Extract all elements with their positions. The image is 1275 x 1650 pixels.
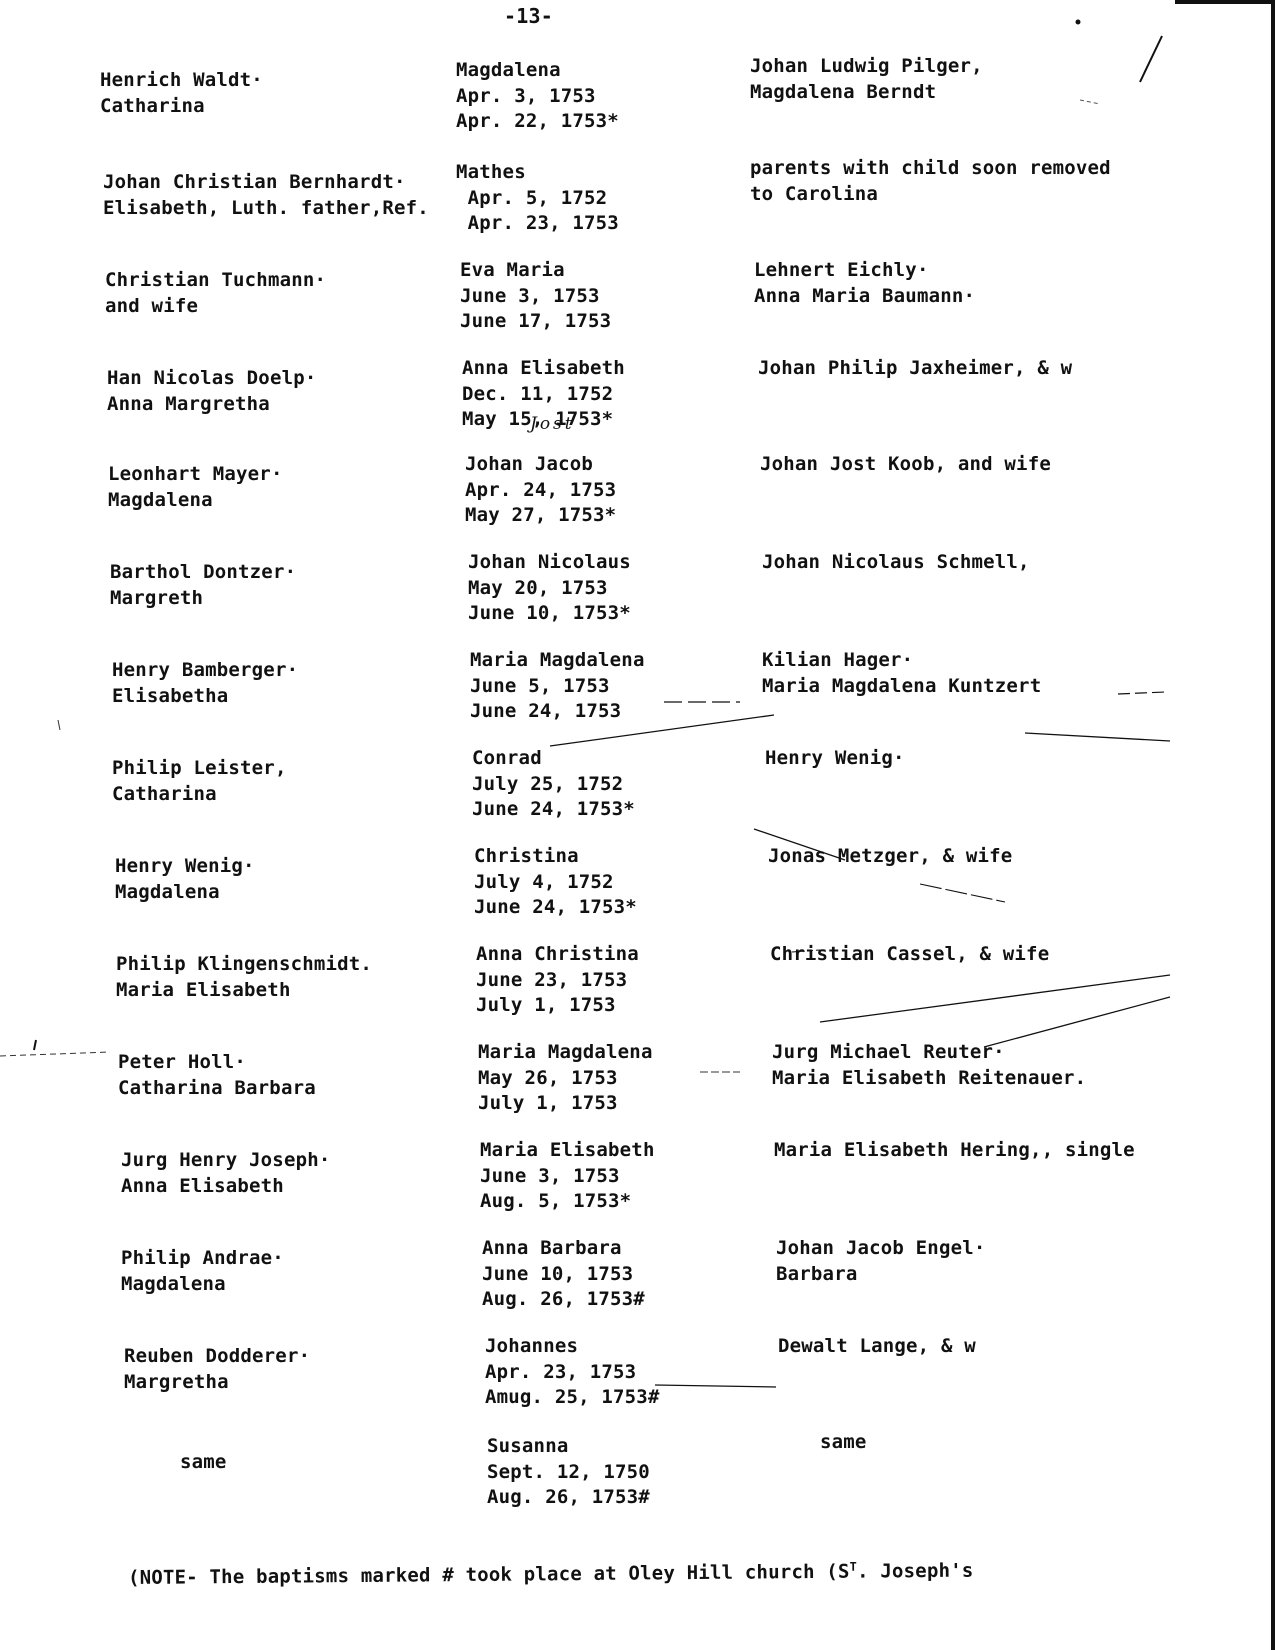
document-page: -13- Henrich Waldt·CatharinaMagdalenaApr… [0, 0, 1275, 1650]
child-and-dates-line: Apr. 5, 1752 [456, 186, 619, 212]
parents-names-line: Christian Tuchmann· [105, 268, 326, 294]
parents-names-line: Magdalena [115, 880, 255, 906]
child-and-dates-line: Apr. 3, 1753 [456, 84, 619, 110]
child-and-dates-line: May 26, 1753 [478, 1066, 653, 1092]
child-and-dates-line: June 24, 1753* [472, 797, 635, 823]
page-border-right [1271, 0, 1275, 1650]
child-and-dates-line: Apr. 23, 1753 [456, 211, 619, 237]
parents-names: Leonhart Mayer·Magdalena [108, 462, 283, 513]
parents-names-line: Reuben Dodderer· [124, 1344, 310, 1370]
child-and-dates: Eva MariaJune 3, 1753June 17, 1753 [460, 258, 611, 335]
footnote-text: (NOTE- The baptisms marked # took place … [128, 1561, 850, 1589]
sponsors-names: Lehnert Eichly·Anna Maria Baumann· [754, 258, 975, 309]
sponsors-names: Johan Jost Koob, and wife [760, 452, 1051, 478]
footnote-text-end: . Joseph's [857, 1560, 974, 1583]
footnote: (NOTE- The baptisms marked # took place … [128, 1553, 974, 1591]
parents-names-line: Catharina [100, 94, 263, 120]
child-and-dates-line: May 27, 1753* [465, 503, 616, 529]
sponsors-names-line: Jurg Michael Reuter· [772, 1040, 1086, 1066]
child-and-dates: Maria ElisabethJune 3, 1753Aug. 5, 1753* [480, 1138, 655, 1215]
parents-names-line: same [180, 1450, 227, 1476]
parents-names: Peter Holl·Catharina Barbara [118, 1050, 316, 1101]
parents-names-line: Barthol Dontzer· [110, 560, 296, 586]
sponsors-names: same [820, 1430, 867, 1456]
child-and-dates-line: Anna Christina [476, 942, 639, 968]
child-and-dates: ChristinaJuly 4, 1752June 24, 1753* [474, 844, 637, 921]
page-border-top [1175, 0, 1275, 4]
sponsors-names: Dewalt Lange, & w [778, 1334, 976, 1360]
parents-names-line: Catharina Barbara [118, 1076, 316, 1102]
child-and-dates-line: June 24, 1753 [470, 699, 645, 725]
child-and-dates-line: Johan Jacob [465, 452, 616, 478]
child-and-dates-line: Aug. 26, 1753# [487, 1485, 650, 1511]
sponsors-names-line: Jonas Metzger, & wife [768, 844, 1012, 870]
parents-names-line: Philip Andrae· [121, 1246, 284, 1272]
sponsors-names-line: Kilian Hager· [762, 648, 1041, 674]
parents-names: same [180, 1450, 227, 1476]
child-and-dates-line: Aug. 5, 1753* [480, 1189, 655, 1215]
parents-names: Philip Leister,Catharina [112, 756, 287, 807]
parents-names-line: Peter Holl· [118, 1050, 316, 1076]
parents-names: Philip Andrae·Magdalena [121, 1246, 284, 1297]
child-and-dates-line: June 17, 1753 [460, 309, 611, 335]
child-and-dates-line: June 3, 1753 [460, 284, 611, 310]
child-and-dates: Mathes Apr. 5, 1752 Apr. 23, 1753 [456, 160, 619, 237]
child-and-dates-line: Johannes [485, 1334, 660, 1360]
child-and-dates-line: Aug. 26, 1753# [482, 1287, 645, 1313]
child-and-dates-line: Maria Elisabeth [480, 1138, 655, 1164]
child-and-dates: Anna ChristinaJune 23, 1753July 1, 1753 [476, 942, 639, 1019]
sponsors-names-line: Johan Jost Koob, and wife [760, 452, 1051, 478]
child-and-dates-line: Johan Nicolaus [468, 550, 631, 576]
child-and-dates-line: June 10, 1753 [482, 1262, 645, 1288]
sponsors-names: Henry Wenig· [765, 746, 905, 772]
child-and-dates-line: Apr. 24, 1753 [465, 478, 616, 504]
child-and-dates-line: Magdalena [456, 58, 619, 84]
child-and-dates: Maria MagdalenaMay 26, 1753July 1, 1753 [478, 1040, 653, 1117]
parents-names-line: Henry Bamberger· [112, 658, 298, 684]
sponsors-names: Jonas Metzger, & wife [768, 844, 1012, 870]
sponsors-names-line: Johan Ludwig Pilger, [750, 54, 983, 80]
parents-names: Henry Wenig·Magdalena [115, 854, 255, 905]
child-and-dates: MagdalenaApr. 3, 1753Apr. 22, 1753* [456, 58, 619, 135]
sponsors-names-line: Dewalt Lange, & w [778, 1334, 976, 1360]
child-and-dates-line: Apr. 22, 1753* [456, 109, 619, 135]
parents-names-line: Elisabetha [112, 684, 298, 710]
parents-names-line: Johan Christian Bernhardt· [103, 170, 429, 196]
sponsors-names-line: Maria Elisabeth Hering,, single [774, 1138, 1135, 1164]
parents-names: Han Nicolas Doelp·Anna Margretha [107, 366, 317, 417]
parents-names-line: Jurg Henry Joseph· [121, 1148, 331, 1174]
parents-names: Reuben Dodderer·Margretha [124, 1344, 310, 1395]
sponsors-names-line: Anna Maria Baumann· [754, 284, 975, 310]
parents-names-line: Elisabeth, Luth. father,Ref. [103, 196, 429, 222]
parents-names: Jurg Henry Joseph·Anna Elisabeth [121, 1148, 331, 1199]
sponsors-names-line: Johan Nicolaus Schmell, [762, 550, 1030, 576]
child-and-dates-line: Mathes [456, 160, 619, 186]
parents-names-line: Anna Elisabeth [121, 1174, 331, 1200]
child-and-dates-line: Susanna [487, 1434, 650, 1460]
parents-names-line: and wife [105, 294, 326, 320]
page-number: -13- [504, 4, 553, 28]
child-and-dates: ConradJuly 25, 1752June 24, 1753* [472, 746, 635, 823]
child-and-dates-line: July 1, 1753 [478, 1091, 653, 1117]
sponsors-names: Johan Philip Jaxheimer, & w [758, 356, 1072, 382]
sponsors-names-line: Lehnert Eichly· [754, 258, 975, 284]
sponsors-names-line: Magdalena Berndt [750, 80, 983, 106]
child-and-dates-line: June 10, 1753* [468, 601, 631, 627]
parents-names-line: Philip Klingenschmidt. [116, 952, 372, 978]
parents-names-line: Margretha [124, 1370, 310, 1396]
sponsors-names-line: Johan Jacob Engel· [776, 1236, 986, 1262]
parents-names-line: Henrich Waldt· [100, 68, 263, 94]
child-and-dates-line: Maria Magdalena [478, 1040, 653, 1066]
child-and-dates-line: Eva Maria [460, 258, 611, 284]
child-and-dates-line: Anna Barbara [482, 1236, 645, 1262]
parents-names-line: Philip Leister, [112, 756, 287, 782]
sponsors-names-line: Barbara [776, 1262, 986, 1288]
child-and-dates-line: July 1, 1753 [476, 993, 639, 1019]
child-and-dates-line: Maria Magdalena [470, 648, 645, 674]
child-and-dates-line: Amug. 25, 1753# [485, 1385, 660, 1411]
sponsors-names-line: parents with child soon removed [750, 156, 1111, 182]
child-and-dates-line: Apr. 23, 1753 [485, 1360, 660, 1386]
child-and-dates-line: Sept. 12, 1750 [487, 1460, 650, 1486]
child-and-dates-line: June 5, 1753 [470, 674, 645, 700]
parents-names: Christian Tuchmann·and wife [105, 268, 326, 319]
sponsors-names: Johan Ludwig Pilger,Magdalena Berndt [750, 54, 983, 105]
sponsors-names-line: to Carolina [750, 182, 1111, 208]
sponsors-names-line: same [820, 1430, 867, 1456]
parents-names: Philip Klingenschmidt.Maria Elisabeth [116, 952, 372, 1003]
parents-names: Barthol Dontzer·Margreth [110, 560, 296, 611]
parents-names-line: Margreth [110, 586, 296, 612]
sponsors-names-line: Johan Philip Jaxheimer, & w [758, 356, 1072, 382]
parents-names-line: Anna Margretha [107, 392, 317, 418]
parents-names-line: Magdalena [121, 1272, 284, 1298]
sponsors-names-line: Henry Wenig· [765, 746, 905, 772]
parents-names: Henrich Waldt·Catharina [100, 68, 263, 119]
child-and-dates-line: Conrad [472, 746, 635, 772]
child-and-dates-line: June 23, 1753 [476, 968, 639, 994]
parents-names: Henry Bamberger·Elisabetha [112, 658, 298, 709]
child-and-dates-line: Christina [474, 844, 637, 870]
child-and-dates-line: Anna Elisabeth [462, 356, 625, 382]
sponsors-names: Johan Nicolaus Schmell, [762, 550, 1030, 576]
child-and-dates: JohannesApr. 23, 1753Amug. 25, 1753# [485, 1334, 660, 1411]
sponsors-names-line: Maria Elisabeth Reitenauer. [772, 1066, 1086, 1092]
child-and-dates-line: May 20, 1753 [468, 576, 631, 602]
parents-names-line: Magdalena [108, 488, 283, 514]
child-and-dates: Johan NicolausMay 20, 1753June 10, 1753* [468, 550, 631, 627]
child-and-dates-line: July 4, 1752 [474, 870, 637, 896]
handwritten-correction: Jost [530, 414, 575, 434]
parents-names-line: Leonhart Mayer· [108, 462, 283, 488]
child-and-dates: SusannaSept. 12, 1750Aug. 26, 1753# [487, 1434, 650, 1511]
child-and-dates-line: June 3, 1753 [480, 1164, 655, 1190]
parents-names: Johan Christian Bernhardt·Elisabeth, Lut… [103, 170, 429, 221]
child-and-dates: Maria MagdalenaJune 5, 1753June 24, 1753 [470, 648, 645, 725]
parents-names-line: Catharina [112, 782, 287, 808]
sponsors-names: Johan Jacob Engel·Barbara [776, 1236, 986, 1287]
sponsors-names: Kilian Hager·Maria Magdalena Kuntzert [762, 648, 1041, 699]
sponsors-names-line: Christian Cassel, & wife [770, 942, 1049, 968]
child-and-dates: Anna BarbaraJune 10, 1753Aug. 26, 1753# [482, 1236, 645, 1313]
sponsors-names: parents with child soon removedto Caroli… [750, 156, 1111, 207]
child-and-dates: Johan JacobApr. 24, 1753May 27, 1753* [465, 452, 616, 529]
parents-names-line: Maria Elisabeth [116, 978, 372, 1004]
child-and-dates-line: Dec. 11, 1752 [462, 382, 625, 408]
child-and-dates-line: June 24, 1753* [474, 895, 637, 921]
child-and-dates-line: July 25, 1752 [472, 772, 635, 798]
sponsors-names: Jurg Michael Reuter·Maria Elisabeth Reit… [772, 1040, 1086, 1091]
parents-names-line: Han Nicolas Doelp· [107, 366, 317, 392]
sponsors-names: Maria Elisabeth Hering,, single [774, 1138, 1135, 1164]
sponsors-names-line: Maria Magdalena Kuntzert [762, 674, 1041, 700]
parents-names-line: Henry Wenig· [115, 854, 255, 880]
sponsors-names: Christian Cassel, & wife [770, 942, 1049, 968]
